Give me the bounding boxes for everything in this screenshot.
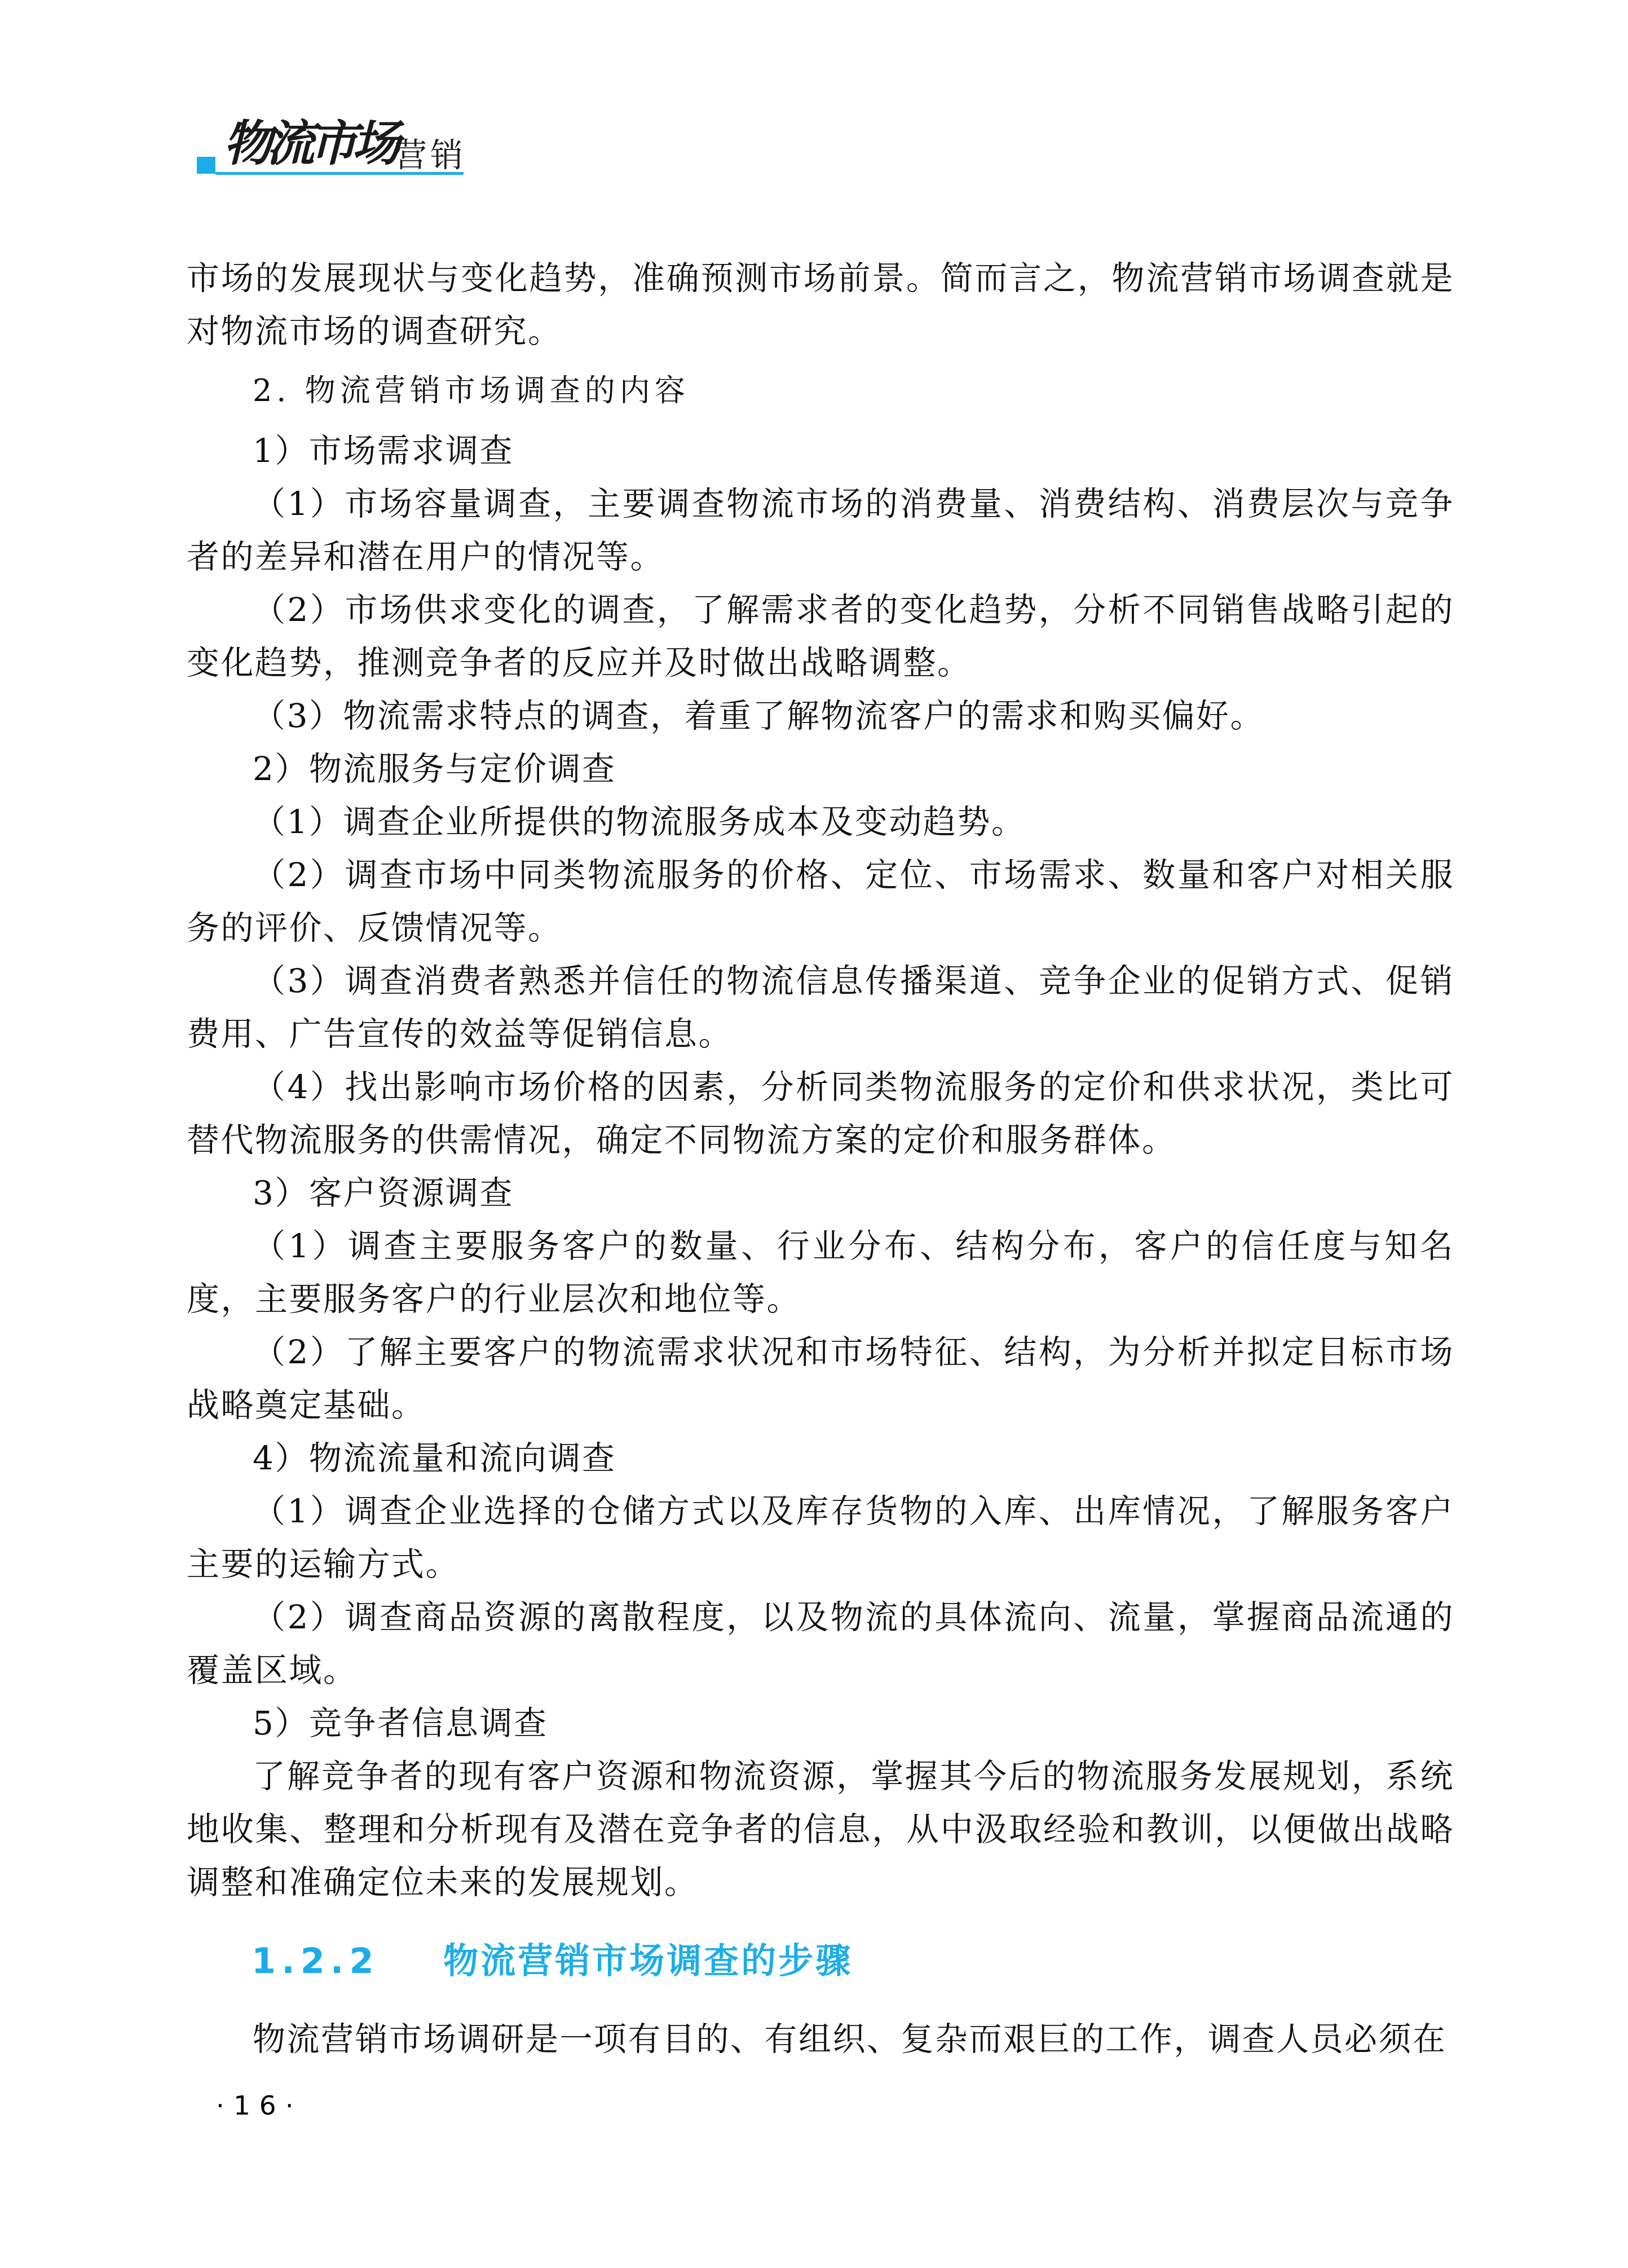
body-paragraph: （3）调查消费者熟悉并信任的物流信息传播渠道、竞争企业的促销方式、促销费用、广告… bbox=[187, 954, 1454, 1060]
logo-suffix-text: 营销 bbox=[394, 139, 466, 171]
logo-accent-square bbox=[197, 157, 215, 174]
body-paragraph: （1）调查企业所提供的物流服务成本及变动趋势。 bbox=[187, 795, 1454, 848]
section-title: 物流营销市场调查的步骤 bbox=[443, 1940, 853, 1981]
body-paragraph: （2）调查商品资源的离散程度，以及物流的具体流向、流量，掌握商品流通的覆盖区域。 bbox=[187, 1591, 1454, 1697]
sub-heading: 1）市场需求调查 bbox=[187, 424, 1454, 477]
sub-heading: 4）物流流量和流向调查 bbox=[187, 1432, 1454, 1485]
body-paragraph: （2）市场供求变化的调查，了解需求者的变化趋势，分析不同销售战略引起的变化趋势，… bbox=[187, 583, 1454, 689]
book-page: 物流市场 营销 市场的发展现状与变化趋势，准确预测市场前景。简而言之，物流营销市… bbox=[0, 0, 1628, 2268]
body-paragraph: （1）市场容量调查，主要调查物流市场的消费量、消费结构、消费层次与竞争者的差异和… bbox=[187, 477, 1454, 583]
logo-underline bbox=[215, 172, 464, 175]
body-paragraph: 了解竞争者的现有客户资源和物流资源，掌握其今后的物流服务发展规划，系统地收集、整… bbox=[187, 1750, 1454, 1909]
sub-heading: 3）客户资源调查 bbox=[187, 1166, 1454, 1219]
section-heading: 1.2.2 物流营销市场调查的步骤 bbox=[187, 1935, 1454, 1988]
sub-heading: 2）物流服务与定价调查 bbox=[187, 742, 1454, 795]
logo-calligraphy-text: 物流市场 bbox=[223, 116, 395, 172]
section-number: 1.2.2 bbox=[252, 1940, 380, 1981]
body-paragraph: （3）物流需求特点的调查，着重了解物流客户的需求和购买偏好。 bbox=[187, 689, 1454, 742]
sub-heading: 5）竞争者信息调查 bbox=[187, 1697, 1454, 1750]
list-heading-2: 2. 物流营销市场调查的内容 bbox=[187, 364, 1454, 417]
page-number: ·16· bbox=[216, 2093, 303, 2119]
body-paragraph: （1）调查主要服务客户的数量、行业分布、结构分布，客户的信任度与知名度，主要服务… bbox=[187, 1219, 1454, 1325]
body-paragraph: （1）调查企业选择的仓储方式以及库存货物的入库、出库情况，了解服务客户主要的运输… bbox=[187, 1485, 1454, 1591]
page-content: 市场的发展现状与变化趋势，准确预测市场前景。简而言之，物流营销市场调查就是对物流… bbox=[187, 252, 1454, 2066]
body-paragraph: 物流营销市场调研是一项有目的、有组织、复杂而艰巨的工作，调查人员必须在 bbox=[187, 2012, 1454, 2066]
body-paragraph: （2）调查市场中同类物流服务的价格、定位、市场需求、数量和客户对相关服务的评价、… bbox=[187, 848, 1454, 954]
body-paragraph: （4）找出影响市场价格的因素，分析同类物流服务的定价和供求状况，类比可替代物流服… bbox=[187, 1060, 1454, 1166]
body-paragraph: （2）了解主要客户的物流需求状况和市场特征、结构，为分析并拟定目标市场战略奠定基… bbox=[187, 1325, 1454, 1432]
body-paragraph: 市场的发展现状与变化趋势，准确预测市场前景。简而言之，物流营销市场调查就是对物流… bbox=[187, 252, 1454, 358]
